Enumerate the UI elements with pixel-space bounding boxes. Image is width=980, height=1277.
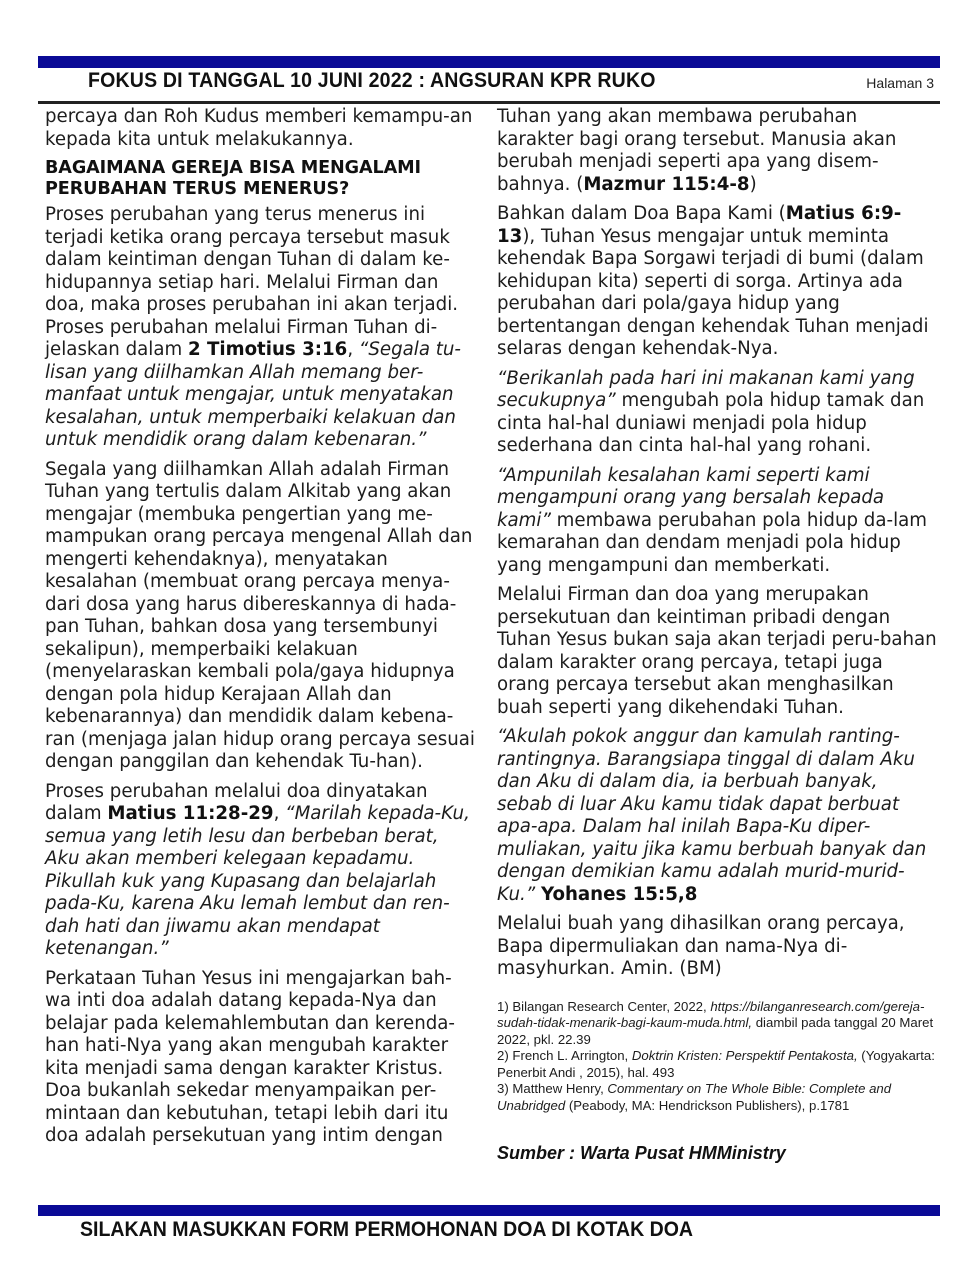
- footnote-text: (Peabody, MA: Hendrickson Publishers), p…: [565, 1098, 849, 1113]
- source-credit: Sumber : Warta Pusat HMMinistry: [497, 1142, 937, 1165]
- paragraph: Segala yang diilhamkan Allah adalah Firm…: [45, 459, 475, 774]
- paragraph: Proses perubahan melalui doa dinyatakan …: [45, 781, 475, 961]
- paragraph: “Akulah pokok anggur dan kamulah ranting…: [497, 726, 937, 906]
- paragraph-text: Bahkan dalam Doa Bapa Kami (: [497, 203, 786, 224]
- footnotes: 1) Bilangan Research Center, 2022, https…: [497, 999, 937, 1115]
- scripture-reference: Yohanes 15:5,8: [541, 884, 697, 905]
- paragraph-text: ), Tuhan Yesus mengajar untuk meminta ke…: [497, 226, 929, 360]
- section-heading: BAGAIMANA GEREJA BISA MENGALAMI PERUBAHA…: [45, 158, 475, 200]
- header-divider: [38, 101, 940, 104]
- paragraph: Bahkan dalam Doa Bapa Kami (Matius 6:9-1…: [497, 203, 937, 361]
- paragraph-text: membawa perubahan pola hidup da-lam kema…: [497, 510, 927, 576]
- separator: ,: [347, 339, 359, 360]
- footnote-text: 1) Bilangan Research Center, 2022,: [497, 999, 710, 1014]
- paragraph-text: Proses perubahan yang terus menerus ini …: [45, 204, 458, 360]
- left-column: percaya dan Roh Kudus memberi kemampu-an…: [45, 106, 475, 1155]
- footnote: 2) French L. Arrington, Doktrin Kristen:…: [497, 1048, 937, 1081]
- scripture-reference: 2 Timotius 3:16: [188, 339, 347, 360]
- paragraph: “Berikanlah pada hari ini makanan kami y…: [497, 368, 937, 458]
- footnote: 3) Matthew Henry, Commentary on The Whol…: [497, 1081, 937, 1114]
- paragraph: “Ampunilah kesalahan kami seperti kami m…: [497, 465, 937, 578]
- paragraph: percaya dan Roh Kudus memberi kemampu-an…: [45, 106, 475, 151]
- paragraph: Melalui buah yang dihasilkan orang perca…: [497, 913, 937, 981]
- paragraph: Perkataan Tuhan Yesus ini mengajarkan ba…: [45, 968, 475, 1148]
- page-title: FOKUS DI TANGGAL 10 JUNI 2022 : ANGSURAN…: [88, 69, 656, 93]
- paragraph-text: ): [750, 174, 757, 195]
- scripture-quote: “Marilah kepada-Ku, semua yang letih les…: [45, 803, 470, 959]
- page-number: Halaman 3: [866, 75, 934, 91]
- scripture-quote: “Akulah pokok anggur dan kamulah ranting…: [497, 726, 926, 905]
- right-column: Tuhan yang akan membawa perubahan karakt…: [497, 106, 937, 1165]
- header-accent-bar: [38, 56, 940, 68]
- footnote-text: 2) French L. Arrington,: [497, 1048, 632, 1063]
- footer-accent-bar: [38, 1205, 940, 1216]
- footer-notice: SILAKAN MASUKKAN FORM PERMOHONAN DOA DI …: [80, 1218, 693, 1242]
- paragraph: Tuhan yang akan membawa perubahan karakt…: [497, 106, 937, 196]
- scripture-reference: Matius 11:28-29: [107, 803, 273, 824]
- footnote: 1) Bilangan Research Center, 2022, https…: [497, 999, 937, 1049]
- paragraph: Melalui Firman dan doa yang merupakan pe…: [497, 584, 937, 719]
- footnote-text: 3) Matthew Henry,: [497, 1081, 607, 1096]
- separator: ,: [274, 803, 286, 824]
- paragraph: Proses perubahan yang terus menerus ini …: [45, 204, 475, 452]
- scripture-reference: Mazmur 115:4-8: [583, 174, 749, 195]
- footnote-title: Doktrin Kristen: Perspektif Pentakosta,: [632, 1048, 858, 1063]
